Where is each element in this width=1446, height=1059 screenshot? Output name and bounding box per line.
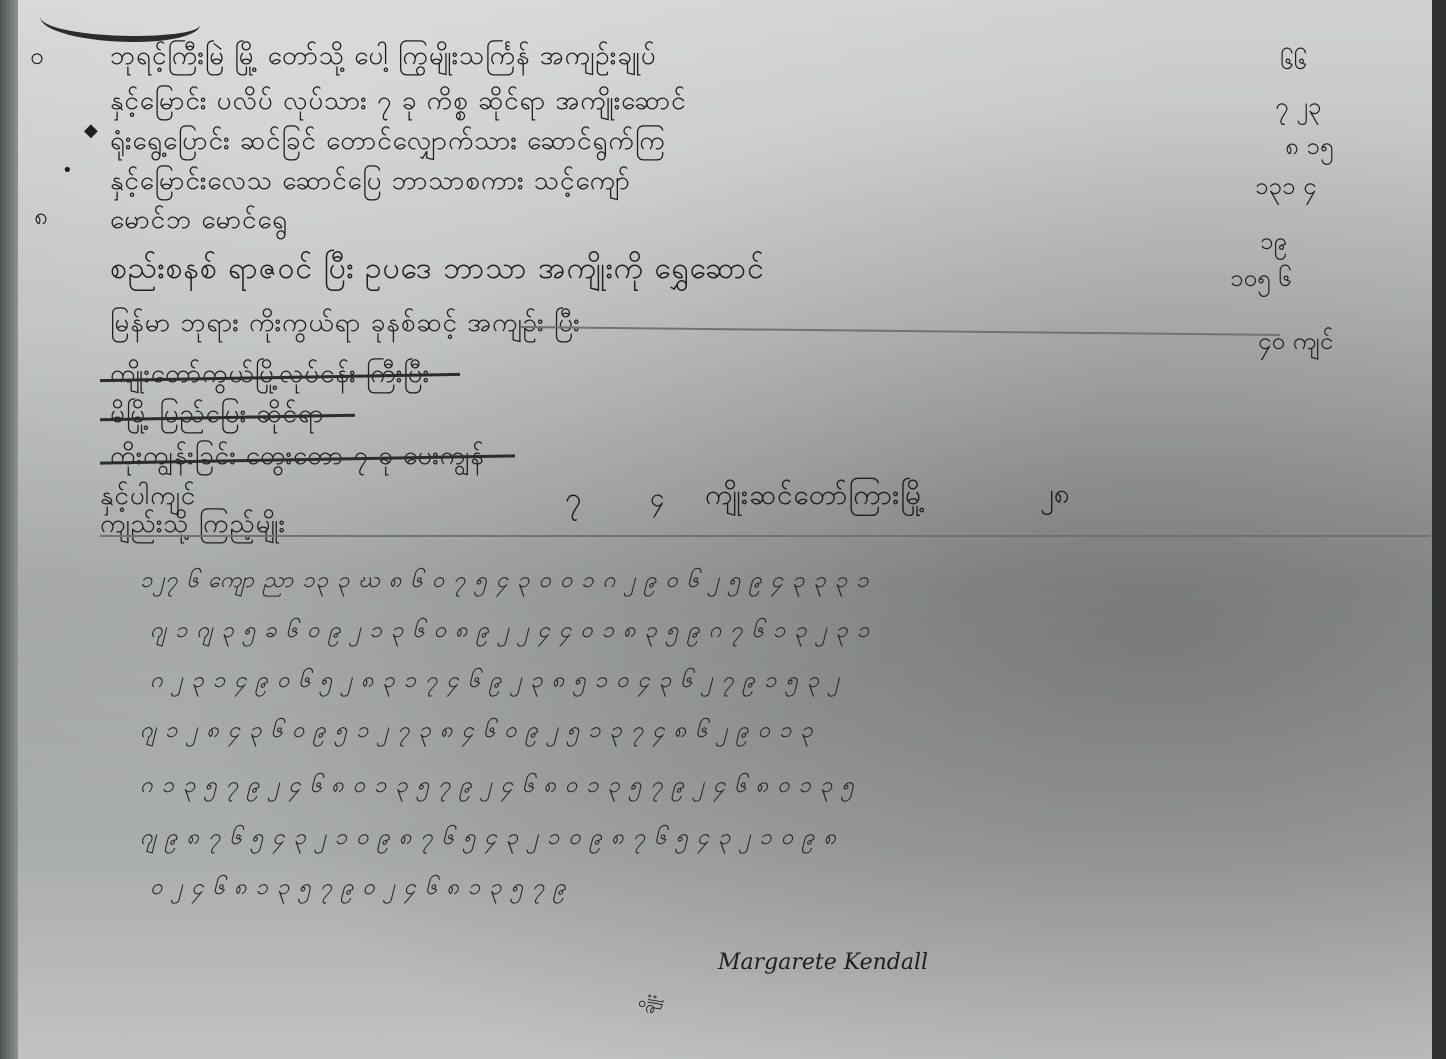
left-margin-mark: ◆ bbox=[84, 120, 98, 141]
manuscript-line: မြန်မာ ဘုရား ကိုးကွယ်ရာ ခုနစ်ဆင့် အကျဉ်း… bbox=[110, 305, 581, 344]
left-margin-mark: • bbox=[62, 160, 73, 181]
right-margin-number: ၈ ၁၅ bbox=[1285, 130, 1333, 166]
cursive-line: ဂျ ၁ ဂျ ၃ ၅ ခ ၆ ၀ ၉ ၂ ၁ ၃ ၆ ၀ ၈ ၉ ၂ ၂ ၄ … bbox=[150, 615, 870, 648]
heading-numeral: ၂၈ bbox=[1040, 475, 1070, 517]
heading-numeral: ၇ bbox=[565, 478, 582, 523]
manuscript-line: စည်းစနစ် ရာဇဝင် ပြီး ဥပဒေ ဘာသာ အကျိုးကို… bbox=[110, 248, 765, 293]
torn-corner bbox=[40, 0, 200, 42]
right-margin-number: ၁၉ bbox=[1260, 225, 1287, 261]
margin-line: ကျည်းသို့ ကြည့်မျိုး bbox=[100, 506, 286, 545]
bottom-mark: ချိုး bbox=[635, 991, 665, 1017]
section-heading: ကျိုးဆင်တော်ကြားမြို့ bbox=[705, 476, 926, 518]
manuscript-line: နှင့်မြောင်းလေသ ဆောင်ပြေ ဘာသာစကား သင့်ကျ… bbox=[110, 163, 631, 202]
page-left-edge bbox=[0, 0, 18, 1059]
struck-line: ကိုးကျွန်းခြင်း တွေးတော ၇ ခု ပေးကျွန် bbox=[110, 438, 485, 477]
cursive-line: ဂျ ၁ ၂ ၈ ၄ ၃ ၆ ၀ ၉ ၅ ၁ ၂ ၇ ၃ ၈ ၄ ၆ ၀ ၉ ၂… bbox=[140, 715, 814, 748]
cursive-line: ဂျ ၉ ၈ ၇ ၆ ၅ ၄ ၃ ၂ ၁ ၀ ၉ ၈ ၇ ၆ ၅ ၄ ၃ ၂ ၁… bbox=[140, 822, 837, 855]
cursive-line: ဂ ၂ ၃ ၁ ၄ ၉ ၀ ၆ ၅ ၂ ၈ ၃ ၁ ၇ ၄ ၆ ၉ ၂ ၃ ၈ … bbox=[150, 665, 840, 698]
left-margin-mark: ၈ bbox=[34, 200, 48, 236]
struck-line: ကျိုးတော်ကွယ်မြို့လုပ်ငန်း ကြီးပြီး bbox=[110, 356, 430, 395]
signature: Margarete Kendall bbox=[718, 950, 928, 975]
right-margin-number: ၆၆ bbox=[1280, 45, 1307, 81]
manuscript-page: ၀ ◆ • ၈ ဘုရင့်ကြီးမြဲ မြို့ တော်သို့ ပေါ… bbox=[0, 0, 1446, 1059]
cursive-line: ဂ ၁ ၃ ၅ ၇ ၉ ၂ ၄ ၆ ၈ ၀ ၁ ၃ ၅ ၇ ၉ ၂ ၄ ၆ ၈ … bbox=[140, 770, 855, 803]
right-margin-number: ၁၃၁ ၄ bbox=[1255, 170, 1317, 206]
heading-numeral: ၄ bbox=[650, 480, 665, 519]
cursive-line: ၀ ၂ ၄ ၆ ၈ ၁ ၃ ၅ ၇ ၉ ၀ ၂ ၄ ၆ ၈ ၁ ၃ ၅ ၇ ၉ bbox=[150, 872, 567, 905]
page-right-edge bbox=[1432, 0, 1446, 1059]
manuscript-line: နှင့်မြောင်း ပလိပ် လုပ်သား ၇ ခု ကိစ္စ ဆိ… bbox=[110, 83, 687, 122]
struck-line: မိမြို့ ပြည်ပြေး ဆိုင်ရာ bbox=[110, 396, 325, 435]
manuscript-line: ရုံးရွေ့ပြောင်း ဆင်ခြင် တောင်လျှောက်သား … bbox=[110, 123, 666, 162]
right-margin-number: ၇ ၂၃ bbox=[1275, 90, 1321, 126]
cursive-line: ၁၂၇ ၆ ကျော ညာ ၁၃ ၃ ဃ ၈ ၆ ဝ ၇ ၅ ၄ ၃ ၀ ၀ ၁… bbox=[140, 565, 869, 598]
ruled-line bbox=[100, 535, 1430, 537]
manuscript-line: မောင်ဘ မောင်ရွေ bbox=[110, 202, 288, 241]
left-margin-mark: ၀ bbox=[30, 40, 44, 76]
right-margin-number: ၁၀၅ ၆ bbox=[1230, 262, 1292, 298]
ruled-line bbox=[520, 326, 1280, 336]
manuscript-line: ဘုရင့်ကြီးမြဲ မြို့ တော်သို့ ပေါ့ ကြွမျိ… bbox=[110, 38, 657, 77]
right-margin-number: ၄၀ ကျင် bbox=[1258, 325, 1333, 361]
